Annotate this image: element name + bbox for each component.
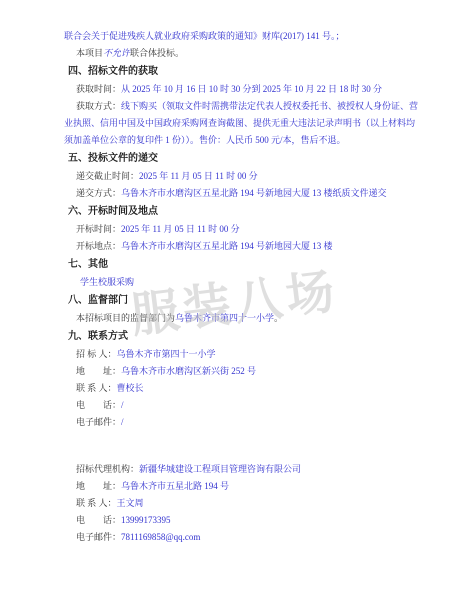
agency-address-row: 地 址：乌鲁木齐市五星北路 194 号	[64, 478, 422, 495]
agency-contact-value: 王文周	[117, 498, 144, 508]
obtain-time-value: 从 2025 年 10 月 16 日 10 时 30 分到 2025 年 10 …	[121, 84, 382, 94]
agency-email-value[interactable]: 7811169858@qq.com	[121, 532, 200, 542]
open-time-value: 2025 年 11 月 05 日 11 时 00 分	[121, 224, 240, 234]
section7-heading: 七、其他	[64, 256, 422, 273]
submit-method-label: 递交方式：	[76, 188, 121, 198]
submit-method-row: 递交方式：乌鲁木齐市水磨沟区五星北路 194 号新地园大厦 13 楼纸质文件递交	[64, 185, 422, 202]
tenderer-phone-row: 电 话：/	[64, 397, 422, 414]
open-place-row: 开标地点：乌鲁木齐市水磨沟区五星北路 194 号新地园大厦 13 楼	[64, 238, 422, 255]
document-page: 联合会关于促进残疾人就业政府采购政策的通知》财库(2017) 141 号。； 本…	[64, 28, 422, 546]
agency-email-label: 电子邮件：	[76, 532, 121, 542]
section9-heading: 九、联系方式	[64, 328, 422, 345]
joint-bid-line: 本项目不允许联合体投标。	[64, 45, 422, 62]
supervisor-link[interactable]: 乌鲁木齐市第四十一小学	[175, 313, 274, 323]
obtain-time-row: 获取时间：从 2025 年 10 月 16 日 10 时 30 分到 2025 …	[64, 81, 422, 98]
open-time-label: 开标时间：	[76, 224, 121, 234]
submit-deadline-row: 递交截止时间：2025 年 11 月 05 日 11 时 00 分	[64, 168, 422, 185]
tenderer-contact-row: 联 系 人：曹校长	[64, 380, 422, 397]
agency-phone-row: 电 话：13999173395	[64, 512, 422, 529]
agency-block: 招标代理机构：新疆华城建设工程项目管理咨询有限公司 地 址：乌鲁木齐市五星北路 …	[64, 461, 422, 546]
section5-heading: 五、投标文件的递交	[64, 150, 422, 167]
submit-deadline-value: 2025 年 11 月 05 日 11 时 00 分	[139, 171, 258, 181]
tenderer-contact-value: 曹校长	[117, 383, 144, 393]
section4-heading: 四、招标文件的获取	[64, 63, 422, 80]
tenderer-email-label: 电子邮件：	[76, 417, 121, 427]
agency-contact-label: 联 系 人：	[76, 498, 117, 508]
obtain-method-label: 获取方式：	[76, 101, 121, 111]
tenderer-address-row: 地 址：乌鲁木齐市水磨沟区新兴街 252 号	[64, 363, 422, 380]
joint-bid-suffix: 联合体投标。	[130, 48, 184, 58]
tenderer-email-row: 电子邮件：/	[64, 414, 422, 431]
submit-deadline-label: 递交截止时间：	[76, 171, 139, 181]
tenderer-name-label: 招 标 人：	[76, 349, 117, 359]
tenderer-address-label: 地 址：	[76, 366, 121, 376]
tenderer-contact-label: 联 系 人：	[76, 383, 117, 393]
agency-email-row: 电子邮件：7811169858@qq.com	[64, 529, 422, 546]
agency-name-row: 招标代理机构：新疆华城建设工程项目管理咨询有限公司	[64, 461, 422, 478]
tenderer-phone-label: 电 话：	[76, 400, 121, 410]
joint-bid-prefix: 本项目	[76, 48, 103, 58]
section8-heading: 八、监督部门	[64, 292, 422, 309]
category-link[interactable]: 学生校服采购	[80, 274, 422, 291]
joint-bid-emphasis: 不允许	[103, 48, 130, 58]
agency-phone-label: 电 话：	[76, 515, 121, 525]
supervisor-suffix: 。	[274, 313, 283, 323]
obtain-method-row: 获取方式：线下购买（领取文件时需携带法定代表人授权委托书、被授权人身份证、营业执…	[64, 98, 422, 149]
open-place-value: 乌鲁木齐市水磨沟区五星北路 194 号新地园大厦 13 楼	[121, 241, 333, 251]
agency-name-label: 招标代理机构：	[76, 464, 139, 474]
tenderer-email-value: /	[121, 417, 124, 427]
supervisor-row: 本招标项目的监督部门为乌鲁木齐市第四十一小学。	[64, 310, 422, 327]
open-time-row: 开标时间：2025 年 11 月 05 日 11 时 00 分	[64, 221, 422, 238]
intro-continuation-line: 联合会关于促进残疾人就业政府采购政策的通知》财库(2017) 141 号。；	[64, 28, 422, 45]
tenderer-phone-value: /	[121, 400, 124, 410]
agency-address-value: 乌鲁木齐市五星北路 194 号	[121, 481, 229, 491]
open-place-label: 开标地点：	[76, 241, 121, 251]
tenderer-address-value: 乌鲁木齐市水磨沟区新兴街 252 号	[121, 366, 256, 376]
supervisor-prefix: 本招标项目的监督部门为	[76, 313, 175, 323]
agency-name-value: 新疆华城建设工程项目管理咨询有限公司	[139, 464, 301, 474]
section6-heading: 六、开标时间及地点	[64, 203, 422, 220]
tenderer-name-row: 招 标 人：乌鲁木齐市第四十一小学	[64, 346, 422, 363]
obtain-time-label: 获取时间：	[76, 84, 121, 94]
agency-phone-value: 13999173395	[121, 515, 171, 525]
agency-address-label: 地 址：	[76, 481, 121, 491]
agency-contact-row: 联 系 人：王文周	[64, 495, 422, 512]
submit-method-value: 乌鲁木齐市水磨沟区五星北路 194 号新地园大厦 13 楼纸质文件递交	[121, 188, 387, 198]
tenderer-name-value: 乌鲁木齐市第四十一小学	[117, 349, 216, 359]
